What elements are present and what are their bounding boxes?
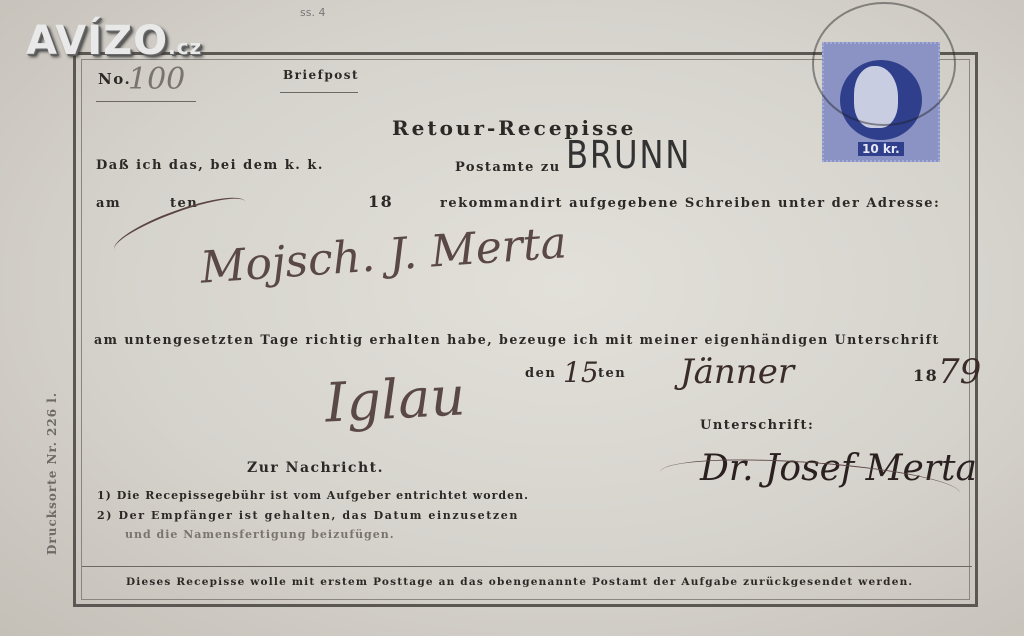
postamt-label: Postamte zu [455, 160, 561, 175]
footer-text: Dieses Recepisse wolle mit erstem Postta… [126, 576, 913, 588]
number-label: No. [98, 70, 131, 88]
year-printed: 18 [913, 366, 938, 385]
stamp-value: 10 kr. [858, 142, 904, 156]
notice-item-3: und die Namensfertigung beizufügen. [125, 528, 395, 541]
month-handwritten: Jänner [680, 352, 794, 392]
signature-label: Unterschrift: [700, 418, 814, 433]
number-underline [96, 101, 196, 102]
year-handwritten: 79 [938, 352, 981, 392]
date-den-label: den [525, 366, 556, 381]
top-pencil-mark: ss. 4 [300, 6, 325, 19]
avizo-watermark-logo: AVÍZO.cz [26, 18, 202, 64]
body-line-1: Daß ich das, bei dem k. k. [96, 158, 324, 173]
watermark-brand: AVÍZO [26, 18, 168, 64]
footer-divider [82, 566, 972, 567]
notice-item-1: 1) Die Recepissegebühr ist vom Aufgeber … [97, 489, 529, 502]
year-prefix: 18 [368, 192, 393, 211]
date-am-label: am [96, 196, 121, 211]
body-line-2: rekommandirt aufgegebene Schreiben unter… [440, 196, 940, 211]
place-handwritten: Iglau [323, 364, 466, 434]
postamt-stamp-brunn: BRUNN [566, 133, 691, 177]
side-print: Drucksorte Nr. 226 l. [45, 392, 59, 555]
notice-heading: Zur Nachricht. [247, 460, 384, 476]
watermark-tld: .cz [168, 35, 202, 59]
document-photo: ss. 4 No. 100 Briefpost Retour-Recepisse… [0, 0, 1024, 636]
date-day-handwritten: 15 [563, 356, 599, 389]
body-line-4: am untengesetzten Tage richtig erhalten … [94, 332, 940, 347]
notice-item-2: 2) Der Empfänger ist gehalten, das Datum… [97, 509, 519, 522]
number-handwritten: 100 [128, 62, 185, 97]
service-underline [280, 92, 358, 93]
cancellation-postmark [812, 2, 956, 126]
date-ten-suffix: ten [598, 366, 626, 381]
service-label: Briefpost [283, 68, 359, 82]
